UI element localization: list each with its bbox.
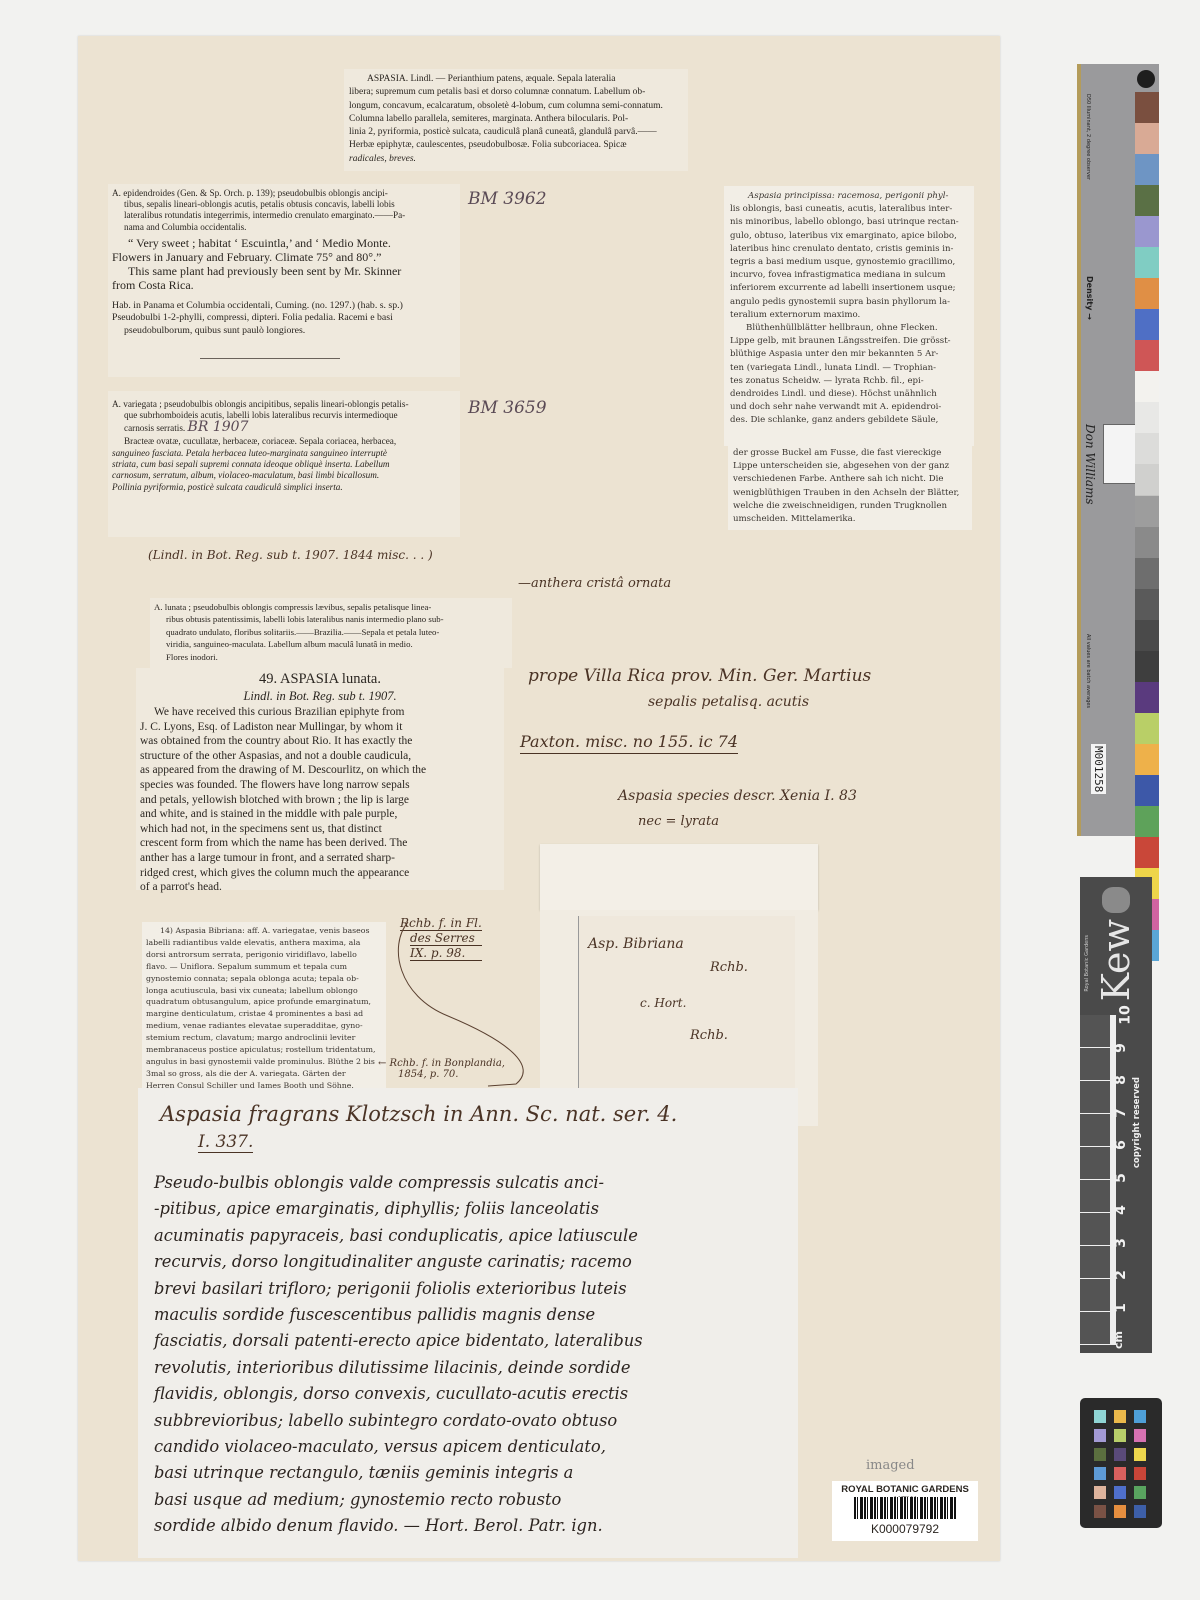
fragrans-line: acuminatis papyraceis, basi conduplicati… — [154, 1223, 794, 1249]
bibriana-line: angulus in basi gynostemii valde prominu… — [146, 1056, 382, 1068]
quote-line: “ Very sweet ; habitat ‘ Escuintla,’ and… — [112, 236, 456, 250]
barcode — [854, 1497, 956, 1519]
lunata-body-line: J. C. Lyons, Esq. of Ladiston near Mulli… — [140, 720, 500, 735]
fragrans-line: basi utrinque rectangulo, tæniis geminis… — [154, 1460, 794, 1486]
hab-line: Pseudobulbi 1-2-phylli, compressi, dipte… — [112, 312, 456, 325]
bibriana-line: gynostemio connata; sepala oblonga acuta… — [146, 973, 382, 985]
calibration-patch — [1094, 1505, 1106, 1518]
fragrans-line: -pitibus, apice emarginatis, diphyllis; … — [154, 1196, 794, 1222]
quote-line: Flowers in January and February. Climate… — [112, 250, 456, 264]
color-patch — [1135, 496, 1159, 527]
color-patch — [1135, 309, 1159, 340]
variegata-detail-line: Bracteæ ovatæ, cucullatæ, herbaceæ, cori… — [112, 436, 456, 447]
hab-line: Hab. in Panama et Columbia occidentali, … — [112, 300, 456, 313]
packet-flap — [540, 844, 818, 910]
principissa-continuation-clipping: der grosse Buckel am Fusse, die fast vie… — [728, 444, 972, 530]
calibration-patch — [1094, 1448, 1106, 1461]
lunata-body-line: as appeared from the drawing of M. Desco… — [140, 763, 500, 778]
strip-hole-top-icon — [1137, 70, 1155, 88]
fragrans-line: revolutis, interioribus dilutissime lila… — [154, 1355, 794, 1381]
principissa-line: incurvo, fovea infrastigmatica mediana i… — [730, 269, 968, 282]
color-patch — [1135, 340, 1159, 371]
ruler-tick-label: 1 — [1113, 1303, 1129, 1313]
packet-note: c. Hort. — [640, 996, 686, 1010]
lunata-body-line: which had not, in the specimens sent us,… — [140, 822, 500, 837]
principissa-line: des. Die schlanke, ganz anders gebildete… — [730, 414, 968, 427]
strip-id: M001258 — [1091, 744, 1106, 794]
color-patch — [1135, 775, 1159, 806]
genus-line: Herbæ epiphytæ, caulescentes, pseudobulb… — [349, 139, 683, 152]
calibration-patch — [1114, 1505, 1126, 1518]
color-patch — [1135, 806, 1159, 837]
principissa-cont-line: umscheiden. Mittelamerika. — [733, 513, 967, 526]
variegata-line: que subrhomboideis acutis, labelli lobis… — [112, 410, 456, 421]
barcode-number: K000079792 — [832, 1522, 978, 1536]
calibration-patch — [1134, 1505, 1146, 1518]
color-patch — [1135, 682, 1159, 713]
ruler-tick-label: 10 — [1118, 1005, 1134, 1024]
ruler-tick-label: 6 — [1113, 1140, 1129, 1150]
herbarium-barcode-label: ROYAL BOTANIC GARDENS KEW K000079792 — [832, 1481, 978, 1541]
calibration-patch — [1134, 1448, 1146, 1461]
fragrans-line: Pseudo-bulbis oblongis valde compressis … — [154, 1170, 794, 1196]
ruler-tick-label: 7 — [1113, 1108, 1129, 1118]
packet-note: Asp. Bibriana — [588, 936, 684, 952]
calibration-patch — [1094, 1410, 1106, 1423]
fragrans-manuscript: Aspasia fragrans Klotzsch in Ann. Sc. na… — [138, 1088, 798, 1558]
genus-description-clipping: ASPASIA. Lindl. — Perianthium patens, æq… — [344, 69, 688, 171]
bm-3962-annotation: BM 3962 — [468, 189, 547, 209]
bibriana-line: margine denticulatum, cristae 4 prominen… — [146, 1008, 382, 1020]
lunata-title: 49. ASPASIA lunata. — [140, 670, 500, 688]
bibriana-line: dorsi antrorsum serrata, perigonio virid… — [146, 949, 382, 961]
fragrans-line: subbrevioribus; labello subintegro corda… — [154, 1408, 794, 1434]
bibriana-line: longa acutiuscula, basi vix cuneata; lab… — [146, 985, 382, 997]
color-patch — [1135, 433, 1159, 464]
packet-note: Rchb. — [710, 960, 748, 975]
color-patch — [1135, 744, 1159, 775]
color-patch — [1135, 464, 1159, 495]
calibration-patch — [1114, 1467, 1126, 1480]
kew-crest-icon — [1102, 887, 1130, 913]
lunata-body-line: anther has a large tumour in front, and … — [140, 851, 500, 866]
lunata-body-line: and white, and is stained in the middle … — [140, 807, 500, 822]
ruler-tick-label: 5 — [1113, 1173, 1129, 1183]
principissa-line: Blüthenhüllblätter hellbraun, ohne Fleck… — [730, 322, 968, 335]
lyrata-note: nec = lyrata — [638, 814, 719, 829]
variegata-detail-line: carnosum, serratum, album, violaceo-macu… — [112, 470, 456, 481]
genus-line: Columna labello parallela, semiteres, ma… — [349, 113, 683, 126]
calibration-patch — [1114, 1448, 1126, 1461]
fragrans-citation: I. 337. — [198, 1132, 253, 1153]
calibration-patch — [1114, 1429, 1126, 1442]
bibriana-line: 3mal so gross, als die der A. variegata.… — [146, 1068, 382, 1080]
principissa-line: Lippe gelb, mit braunen Längsstreifen. D… — [730, 335, 968, 348]
variegata-detail-line: sanguineo fasciata. Petala herbacea lute… — [112, 448, 456, 459]
fragrans-line: basi usque ad medium; gynostemio recto r… — [154, 1487, 794, 1513]
copyright-note: copyright reserved — [1132, 1077, 1142, 1168]
bonplandia-reference: ← Rchb. f. in Bonplandia, 1854, p. 70. — [378, 1058, 505, 1080]
xenia-reference: Aspasia species descr. Xenia I. 83 — [618, 788, 857, 804]
color-patch — [1135, 527, 1159, 558]
variegata-detail-line: Pollinia pyriformia, posticè sulcata cau… — [112, 482, 456, 493]
principissa-line: tes zonatus Scheidw. — lyrata Rchb. fil.… — [730, 375, 968, 388]
principissa-line: blüthige Aspasia unter den mir bekannten… — [730, 348, 968, 361]
kew-scale-bar: Kew Royal Botanic Gardens copyright rese… — [1080, 877, 1152, 1353]
color-scale-strip: inches D50 Illuminant, 2 degree observer… — [1077, 64, 1159, 836]
principissa-cont-line: verschiedenen Farbe. Anthere sah ich nic… — [733, 473, 967, 486]
bm-3659-annotation: BM 3659 — [468, 398, 547, 418]
lunata-line: Flores inodori. — [154, 651, 508, 663]
epidendroides-line: A. epidendroides (Gen. & Sp. Orch. p. 13… — [112, 188, 456, 199]
quote-line: from Costa Rica. — [112, 278, 456, 292]
principissa-line: dendroides Lindl. und diese). Höchst unä… — [730, 388, 968, 401]
principissa-line: teralium externorum maximo. — [730, 309, 968, 322]
lunata-line: A. lunata ; pseudobulbis oblongis compre… — [154, 601, 508, 613]
color-patch — [1135, 154, 1159, 185]
bibriana-line: membranaceus postice apiculatus; rostell… — [146, 1044, 382, 1056]
principissa-line: und doch sehr nahe verwandt mit A. epide… — [730, 401, 968, 414]
calibration-patch — [1094, 1486, 1106, 1499]
fragrans-line: recurvis, dorso longitudinaliter anguste… — [154, 1249, 794, 1275]
calibration-patch — [1134, 1467, 1146, 1480]
color-patch — [1135, 620, 1159, 651]
calibration-patch — [1114, 1410, 1126, 1423]
color-patch — [1135, 216, 1159, 247]
density-label: Density → — [1085, 276, 1094, 320]
color-patch — [1135, 837, 1159, 868]
principissa-line: angulo pedis gynostemii supra basin phyl… — [730, 296, 968, 309]
ruler-tick-label: 3 — [1113, 1238, 1129, 1248]
locality-note: prope Villa Rica prov. Min. Ger. Martius — [528, 666, 871, 686]
fragrans-line: candido violaceo-maculato, versus apicem… — [154, 1434, 794, 1460]
color-patches-top — [1135, 92, 1159, 557]
ruler-tick-label: 9 — [1113, 1043, 1129, 1053]
calibration-patch — [1114, 1486, 1126, 1499]
fragrans-line: maculis sordide fuscescentibus pallidis … — [154, 1302, 794, 1328]
bibriana-line: quadratum obtusangulum, apice profunde e… — [146, 996, 382, 1008]
principissa-line: gulo, obtuso, lateribus vix emarginato, … — [730, 230, 968, 243]
hab-line: pseudobulborum, quibus sunt paulò longio… — [112, 325, 456, 338]
values-note: All values are batch averages — [1085, 634, 1091, 708]
lunata-line: viridia, sanguineo-maculata. Labellum al… — [154, 638, 508, 650]
lunata-line: quadrato undulato, floribus solitariis.—… — [154, 626, 508, 638]
calibration-patch — [1134, 1486, 1146, 1499]
variegata-line: A. variegata ; pseudobulbis oblongis anc… — [112, 399, 456, 410]
bibriana-clipping: 14) Aspasia Bibriana: aff. A. variegatae… — [142, 922, 386, 1092]
color-patch — [1135, 278, 1159, 309]
genus-line: libera; supremum cum petalis basi et dor… — [349, 86, 683, 99]
ref2-line: ← Rchb. f. in Bonplandia, — [378, 1058, 505, 1069]
imaged-note: imaged — [866, 1458, 915, 1473]
lunata-body-line: of a parrot's head. — [140, 880, 500, 895]
illuminant-note: D50 Illuminant, 2 degree observer — [1085, 94, 1091, 180]
fragrans-body: Pseudo-bulbis oblongis valde compressis … — [154, 1170, 794, 1540]
principissa-line: Aspasia principissa: racemosa, perigonii… — [730, 190, 968, 203]
kew-logo: Kew — [1094, 919, 1138, 1001]
principissa-line: ten (variegata Lindl., lunata Lindl. — T… — [730, 362, 968, 375]
kew-subtitle: Royal Botanic Gardens — [1084, 935, 1090, 992]
genus-line: radicales, breves. — [349, 153, 683, 166]
ruler-tick-label: 8 — [1113, 1075, 1129, 1085]
bibriana-line: labelli radiantibus valde elevatis, anth… — [146, 937, 382, 949]
lunata-body-line: structure of the other Aspasias, and not… — [140, 749, 500, 764]
fragrans-line: brevi basilari trifloro; perigonii folio… — [154, 1276, 794, 1302]
variegata-clipping: A. variegata ; pseudobulbis oblongis anc… — [108, 391, 460, 537]
divider-line — [200, 358, 340, 359]
br-1907-annotation: BR 1907 — [188, 419, 249, 435]
packet-note: Rchb. — [690, 1028, 728, 1043]
principissa-cont-line: welche die zweischneidigen, runden Trugk… — [733, 500, 967, 513]
color-patch — [1135, 402, 1159, 433]
bibriana-line: 14) Aspasia Bibriana: aff. A. variegatae… — [146, 925, 382, 937]
lunata-body-line: and petals, yellowish blotched with brow… — [140, 793, 500, 808]
brand-label: Don Williams — [1083, 424, 1097, 505]
bibriana-line: stemium rectum, clavatum; margo androcli… — [146, 1032, 382, 1044]
genus-line: longum, concavum, ecalcaratum, obsoletè … — [349, 100, 683, 113]
calibration-patch — [1094, 1467, 1106, 1480]
lunata-body-line: ridged crest, which gives the column muc… — [140, 866, 500, 881]
epidendroides-line: nama and Columbia occidentalis. — [112, 222, 456, 233]
epidendroides-line: lateralibus rotundatis integerrimis, int… — [112, 210, 456, 221]
fragrans-line: fasciatis, dorsali patenti-erecto apice … — [154, 1328, 794, 1354]
fragrans-line: flavidis, oblongis, dorso convexis, cucu… — [154, 1381, 794, 1407]
ruler-tick-label: 2 — [1113, 1270, 1129, 1280]
color-patch — [1135, 247, 1159, 278]
lunata-article-clipping: 49. ASPASIA lunata. Lindl. in Bot. Reg. … — [136, 668, 504, 890]
color-calibration-card — [1080, 1398, 1162, 1528]
unit-cm: cm — [1112, 1331, 1125, 1349]
lunata-body-line: We have received this curious Brazilian … — [140, 705, 500, 720]
calibration-patch — [1134, 1429, 1146, 1442]
bibriana-line: flavo. — Uniflora. Sepalum summum et tep… — [146, 961, 382, 973]
principissa-line: inferiorem excurrente ad labelli inserti… — [730, 282, 968, 295]
lunata-body-line: crescent form from which the name has be… — [140, 836, 500, 851]
ruler-tick-label: 4 — [1113, 1205, 1129, 1215]
lunata-body-line: species was founded. The flowers have lo… — [140, 778, 500, 793]
bibriana-line: medium, venae radiantes elevatae superad… — [146, 1020, 382, 1032]
ref2-line: 1854, p. 70. — [398, 1069, 505, 1080]
fragrans-line: sordide albido denum flavido. — Hort. Be… — [154, 1513, 794, 1539]
color-patch — [1135, 651, 1159, 682]
color-patch — [1135, 185, 1159, 216]
specimen-packet[interactable]: Asp. Bibriana Rchb. c. Hort. Rchb. — [540, 844, 818, 1126]
variegata-detail-line: striata, cum basi sepali supremi connata… — [112, 459, 456, 470]
color-patch — [1135, 589, 1159, 620]
variegata-line: carnosis serratis. BR 1907 — [112, 422, 456, 434]
principissa-line: lis oblongis, basi cuneatis, acutis, lat… — [730, 203, 968, 216]
genus-line: linia 2, pyriformia, posticè sulcata, ca… — [349, 126, 683, 139]
principissa-clipping: Aspasia principissa: racemosa, perigonii… — [724, 186, 974, 446]
color-patch — [1135, 713, 1159, 744]
fragrans-title: Aspasia fragrans Klotzsch in Ann. Sc. na… — [160, 1102, 677, 1126]
quote-line: This same plant had previously been sent… — [112, 264, 456, 278]
lunata-subtitle: Lindl. in Bot. Reg. sub t. 1907. — [140, 688, 500, 705]
gray-scale-target — [1103, 424, 1137, 484]
lunata-handwritten-reference: (Lindl. in Bot. Reg. sub t. 1907. 1844 m… — [148, 548, 433, 562]
calibration-patch — [1094, 1429, 1106, 1442]
color-patch — [1135, 123, 1159, 154]
color-patch — [1135, 92, 1159, 123]
principissa-line: tegris a basi medium usque, gynostemio g… — [730, 256, 968, 269]
cm-ruler — [1080, 1015, 1116, 1345]
paxton-reference: Paxton. misc. no 155. ic 74 — [520, 732, 738, 754]
epidendroides-clipping: A. epidendroides (Gen. & Sp. Orch. p. 13… — [108, 184, 460, 377]
sepals-note: sepalis petalisq. acutis — [648, 694, 809, 710]
lunata-line: ribus obtusis patentissimis, labelli lob… — [154, 613, 508, 625]
epidendroides-line: tibus, sepalis lineari-oblongis acutis, … — [112, 199, 456, 210]
principissa-line: nis minoribus, labello oblongo, basi utr… — [730, 216, 968, 229]
genus-line: ASPASIA. Lindl. — Perianthium patens, æq… — [349, 73, 683, 86]
color-patch — [1135, 371, 1159, 402]
color-patch — [1135, 558, 1159, 589]
principissa-line: lateribus hinc crenulato dentato, cristi… — [730, 243, 968, 256]
anthera-margin-note: —anthera cristâ ornata — [518, 576, 671, 591]
principissa-cont-line: der grosse Buckel am Fusse, die fast vie… — [733, 447, 967, 460]
principissa-cont-line: wenigblüthigen Trauben in den Achseln de… — [733, 487, 967, 500]
principissa-cont-line: Lippe unterscheiden sie, abgesehen von d… — [733, 460, 967, 473]
lunata-body-line: was obtained from the country about Rio.… — [140, 734, 500, 749]
herbarium-sheet: ASPASIA. Lindl. — Perianthium patens, æq… — [78, 36, 1000, 1561]
calibration-patch — [1134, 1410, 1146, 1423]
lunata-description-clipping: A. lunata ; pseudobulbis oblongis compre… — [150, 598, 512, 668]
